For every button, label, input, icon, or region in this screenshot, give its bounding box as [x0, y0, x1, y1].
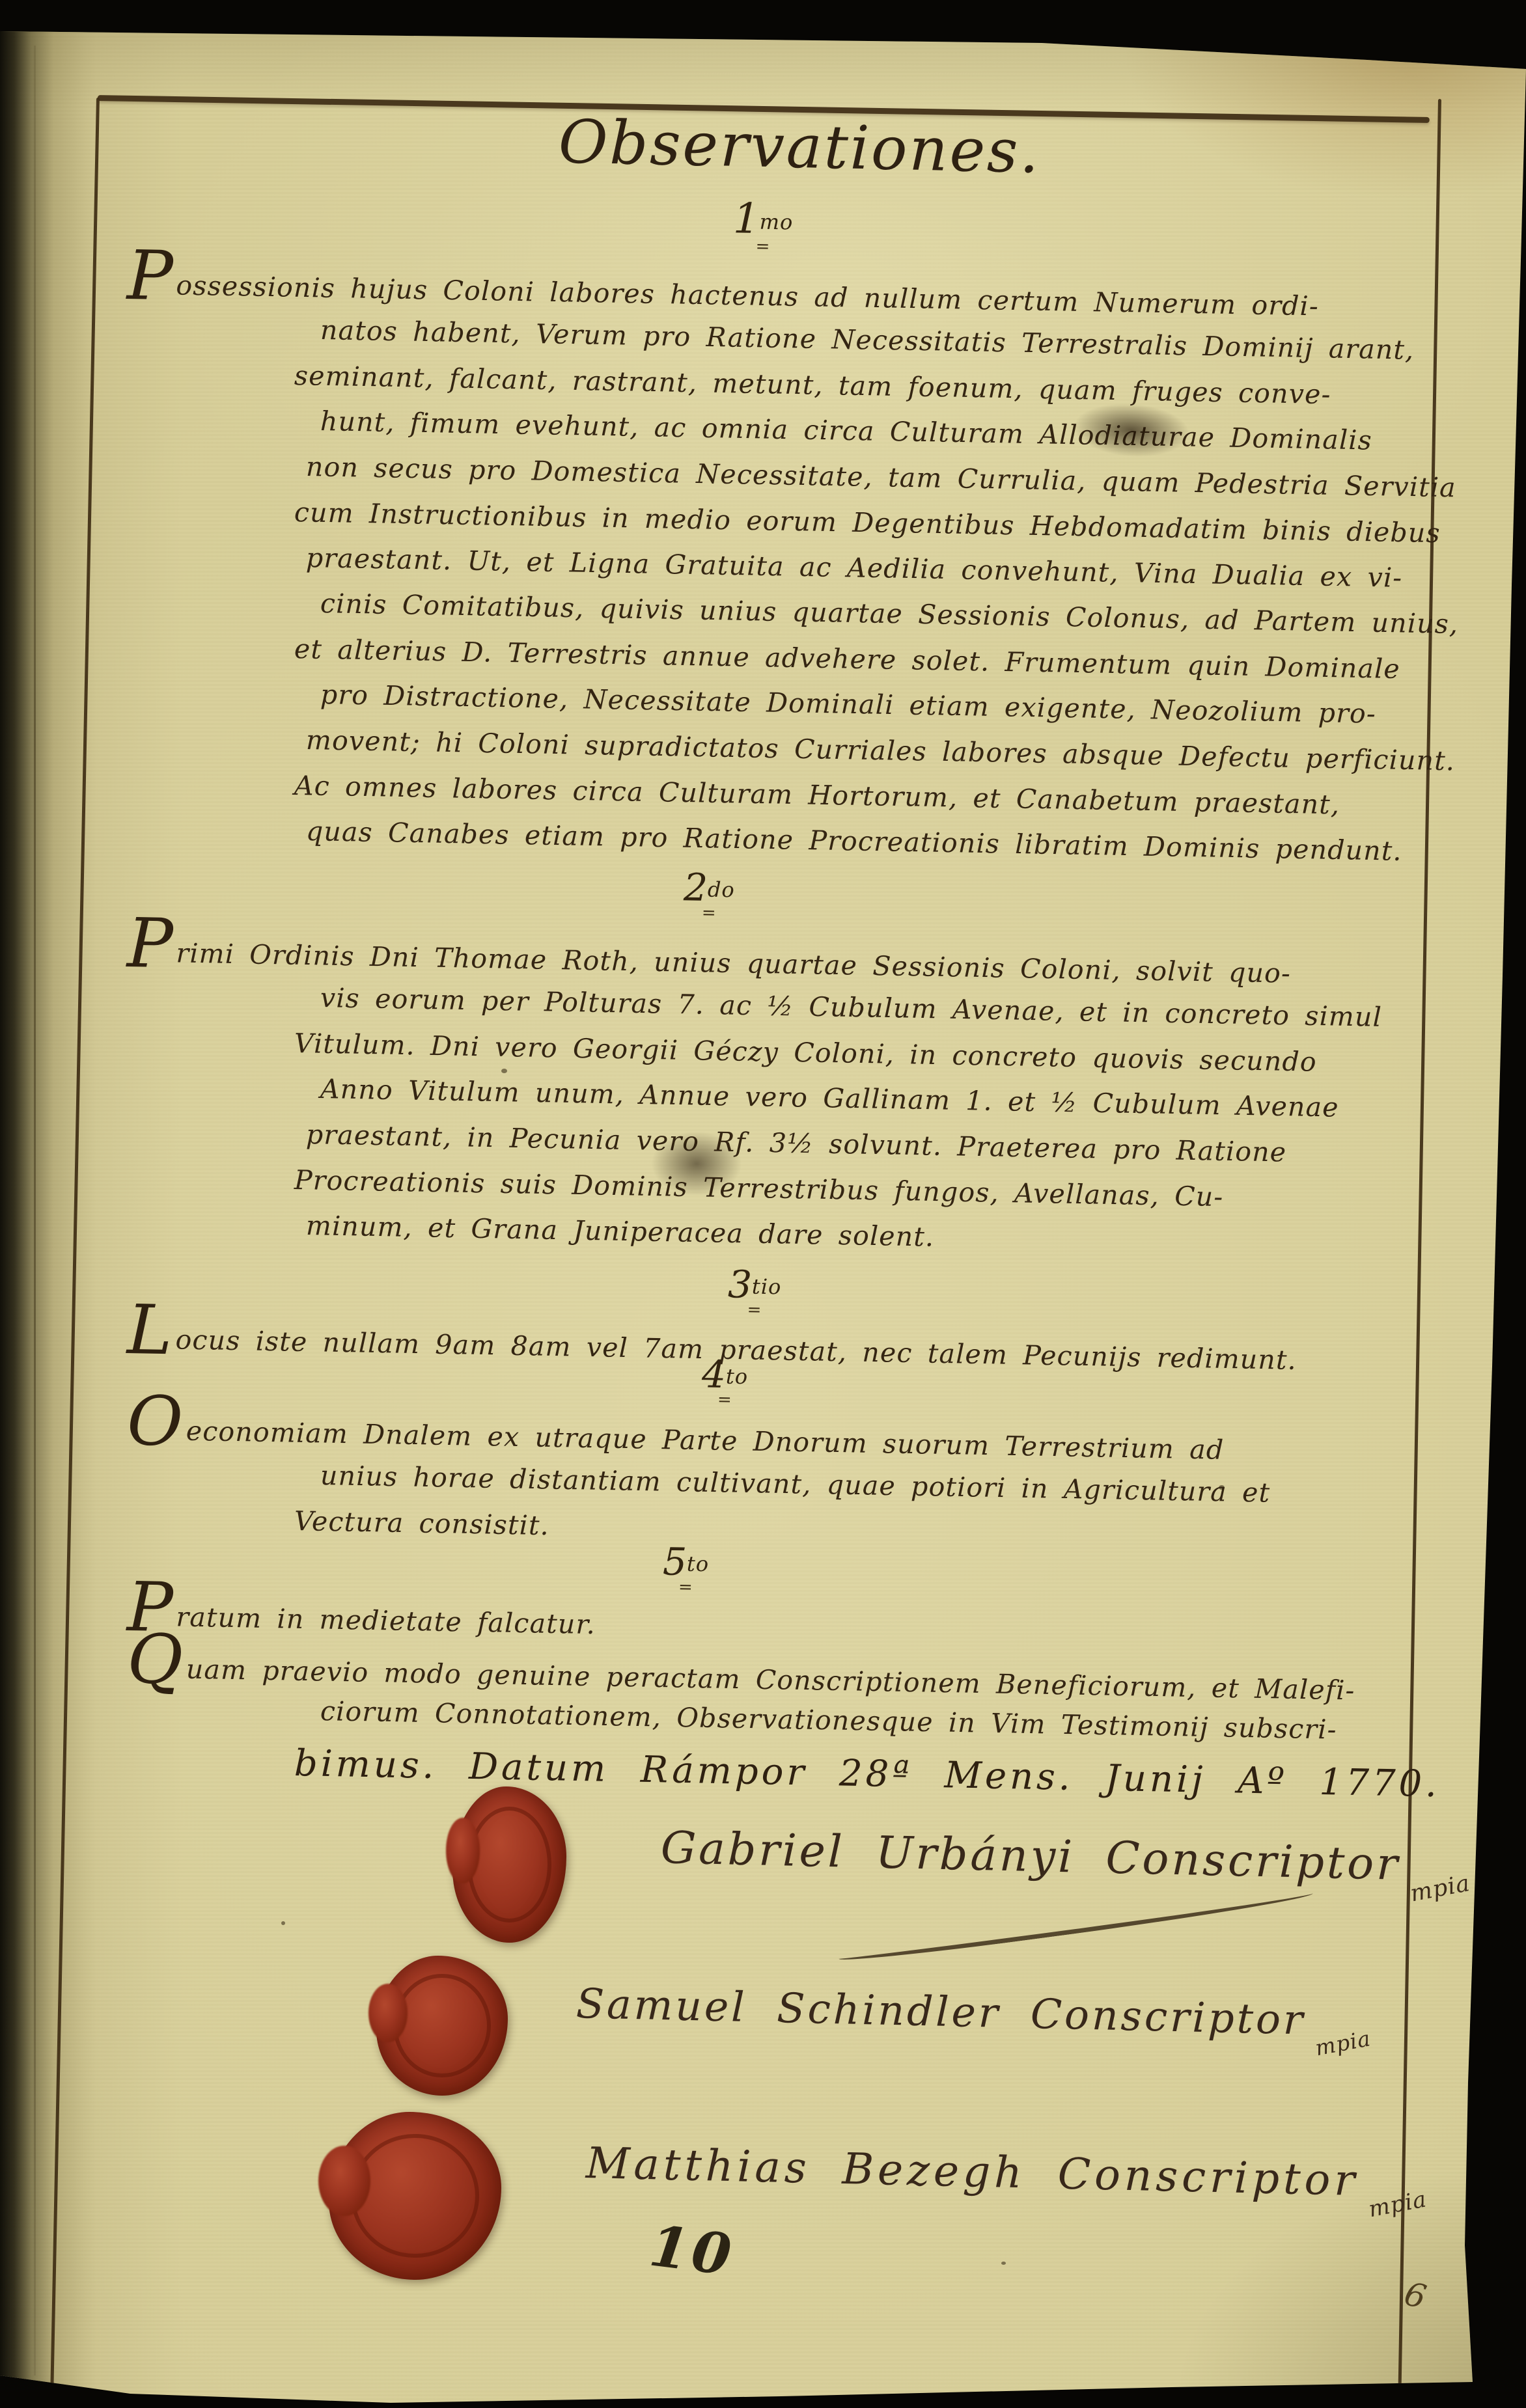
manuscript-photo: Observationes. 1mo = 2do = 3tio = 4to = …: [0, 0, 1526, 2408]
section-marker-2: 2do =: [683, 865, 735, 916]
paragraph-2: Primi Ordinis Dni Thomae Roth, unius qua…: [195, 929, 1504, 1248]
signature-flourish-line: [838, 1887, 1314, 1965]
manu-propria-flourish: mpia: [1314, 2026, 1374, 2060]
section-number-suffix: to: [687, 1552, 710, 1577]
section-number-suffix: do: [708, 877, 735, 903]
text-line: Locus iste nullam 9am 8am vel 7am praest…: [126, 1316, 1504, 1387]
drop-cap: O: [127, 1421, 184, 1422]
drop-cap: Q: [127, 1659, 184, 1660]
section-number-suffix: mo: [759, 210, 793, 235]
paragraph-4: Oeconomiam Dnalem ex utraque Parte Dnoru…: [195, 1407, 1504, 1544]
wax-seal-1: [452, 1786, 566, 1943]
marker-underline: =: [662, 1583, 708, 1591]
paper-edge-crease: [34, 46, 36, 2375]
folio-number: 6: [1400, 2275, 1430, 2316]
paper-speck: [1001, 2262, 1006, 2265]
paragraph-1: Possessionis hujus Coloni labores hacten…: [195, 262, 1504, 854]
closing-paragraph: Quam praevio modo genuine peractam Consc…: [195, 1647, 1504, 1795]
paper-speck: [281, 1921, 285, 1925]
wax-seal-2: [376, 1956, 508, 2096]
drop-cap: P: [127, 1607, 174, 1608]
paper-speck: [501, 1069, 507, 1073]
signature-matthias-bezegh: Matthias Bezegh Conscriptormpia: [585, 2138, 1428, 2207]
manuscript-page: Observationes. 1mo = 2do = 3tio = 4to = …: [0, 0, 1526, 2408]
drop-cap: P: [127, 943, 174, 944]
marker-underline: =: [727, 1306, 781, 1313]
manu-propria-flourish: mpia: [1408, 1870, 1473, 1907]
page-title: Observationes.: [558, 107, 1042, 186]
marker-underline: =: [701, 1396, 747, 1403]
signature-name: Gabriel Urbányi Conscriptor: [660, 1822, 1401, 1891]
manu-propria-flourish: mpia: [1366, 2186, 1429, 2223]
drop-cap: L: [127, 1330, 173, 1330]
signature-samuel-schindler: Samuel Schindler Conscriptormpia: [576, 1980, 1372, 2045]
section-marker-3: 3tio =: [727, 1262, 782, 1313]
page-number: 10: [646, 2213, 738, 2288]
signature-name: Samuel Schindler Conscriptor: [576, 1980, 1306, 2044]
section-marker-1: 1mo =: [732, 195, 794, 251]
signature-name: Matthias Bezegh Conscriptor: [585, 2138, 1359, 2206]
section-number: 1: [732, 195, 760, 243]
wax-seal-3: [329, 2112, 501, 2280]
section-number-suffix: tio: [752, 1274, 782, 1300]
paper-speck: [1219, 1485, 1225, 1490]
signature-gabriel-urbanyi: Gabriel Urbányi Conscriptormpia: [660, 1822, 1471, 1892]
paragraph-3: Locus iste nullam 9am 8am vel 7am praest…: [195, 1316, 1504, 1361]
drop-cap: P: [127, 275, 174, 276]
marker-underline: =: [732, 243, 792, 251]
marker-underline: =: [683, 909, 734, 916]
book-binding-shadow: [0, 0, 98, 2408]
paragraph-5: Pratum in medietate falcatur.: [195, 1593, 1504, 1639]
